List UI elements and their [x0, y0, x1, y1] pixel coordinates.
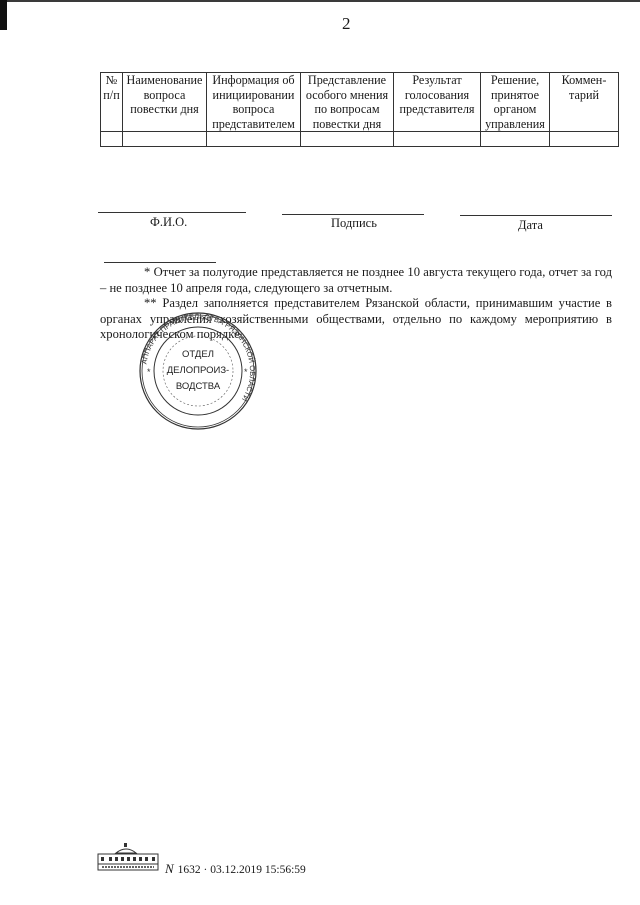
registration-stamp: N1632 · 03.12.2019 15:56:59	[165, 861, 306, 877]
svg-text:*: *	[147, 367, 151, 377]
report-table: № п/п Наименование вопроса повестки дня …	[100, 72, 619, 147]
signature-label: Подпись	[331, 216, 377, 231]
table-cell	[301, 132, 394, 147]
stamp-line-2: ДЕЛОПРОИЗ-	[167, 365, 229, 376]
table-cell	[101, 132, 123, 147]
page-number: 2	[342, 14, 351, 34]
header-comment: Коммен-тарий	[550, 73, 619, 132]
government-building-icon	[96, 843, 160, 871]
header-vote-result: Результат голосования представителя	[394, 73, 481, 132]
scan-edge-top	[0, 0, 640, 2]
table-cell	[481, 132, 550, 147]
svg-text:*: *	[244, 367, 248, 377]
table-cell	[123, 132, 207, 147]
fio-line	[98, 212, 246, 213]
table-cell	[207, 132, 301, 147]
registration-number-date: 1632 · 03.12.2019 15:56:59	[178, 864, 306, 876]
date-label: Дата	[518, 218, 543, 233]
stamp-line-3: ВОДСТВА	[176, 381, 221, 392]
footnote-rule	[104, 262, 216, 263]
table-cell	[550, 132, 619, 147]
signature-line	[282, 214, 424, 215]
header-initiation-info: Информация об инициировании вопроса пред…	[207, 73, 301, 132]
footnote-1: * Отчет за полугодие представляется не п…	[100, 265, 612, 296]
header-agenda-item: Наименование вопроса повестки дня	[123, 73, 207, 132]
table-cell	[394, 132, 481, 147]
office-stamp-icon: АППАРАТ ПРАВИТЕЛЬСТВА РЯЗАНСКОЙ ОБЛАСТИ …	[130, 312, 266, 430]
header-number: № п/п	[101, 73, 123, 132]
header-dissenting-opinion: Представление особого мнения по вопросам…	[301, 73, 394, 132]
stamp-line-1: ОТДЕЛ	[182, 349, 214, 360]
table-row	[101, 132, 619, 147]
fio-label: Ф.И.О.	[150, 215, 187, 230]
registration-mark: N	[165, 861, 174, 876]
date-line	[460, 215, 612, 216]
scan-edge-left	[0, 0, 7, 30]
header-decision: Решение, принятое органом управления	[481, 73, 550, 132]
table-header-row: № п/п Наименование вопроса повестки дня …	[101, 73, 619, 132]
